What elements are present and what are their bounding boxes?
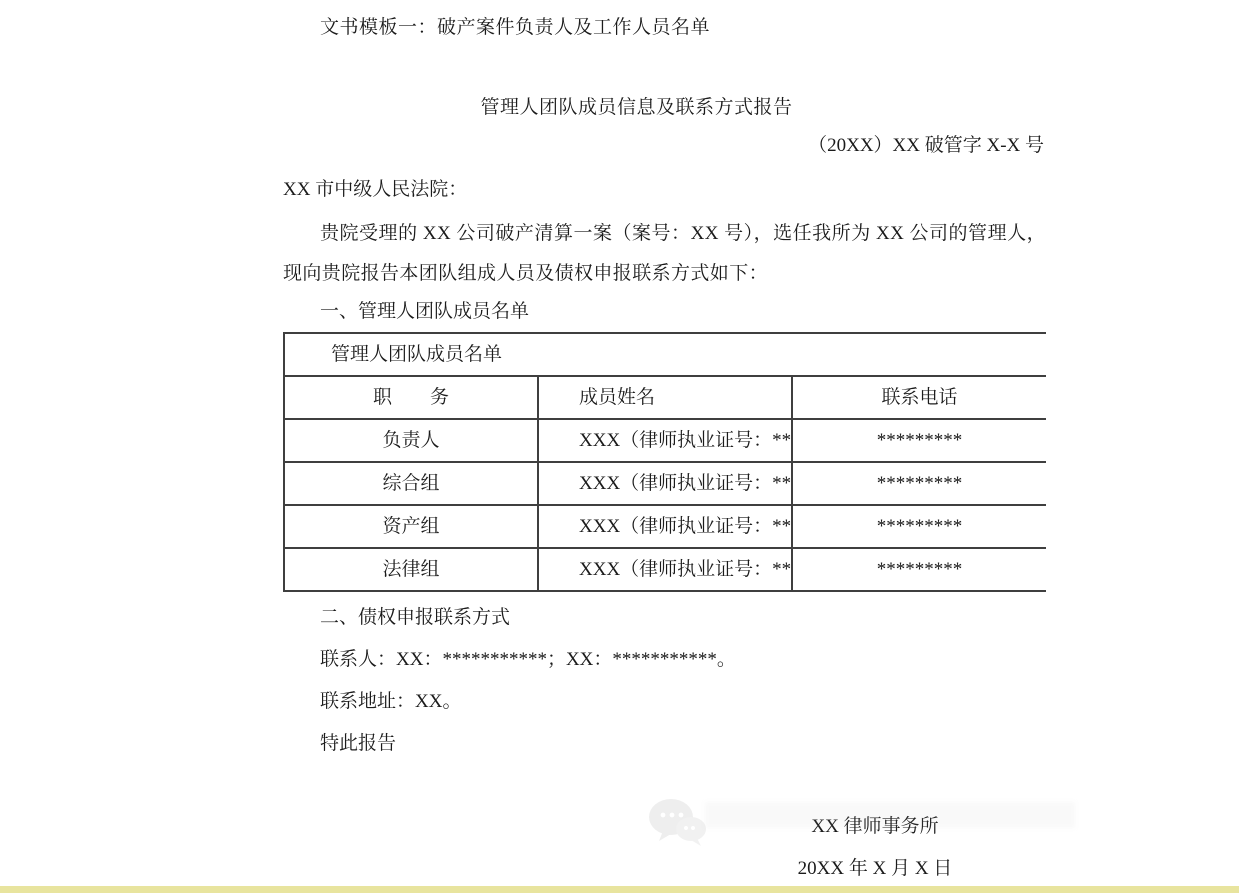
intro-paragraph: 贵院受理的 XX 公司破产清算一案（案号：XX 号），选任我所为 XX 公司的管… bbox=[283, 214, 1046, 294]
role-cell: 法律组 bbox=[284, 548, 538, 591]
role-cell: 负责人 bbox=[284, 419, 538, 462]
contact-address-line: 联系地址：XX。 bbox=[283, 690, 1046, 714]
section1-heading: 一、管理人团队成员名单 bbox=[283, 300, 1046, 324]
name-cell: XXX（律师执业证号：**************） bbox=[538, 462, 792, 505]
signature-date: 20XX 年 X 月 X 日 bbox=[775, 848, 975, 890]
table-row: 资产组 XXX（律师执业证号：**************） ********* bbox=[284, 505, 1046, 548]
table-row: 负责人 XXX（律师执业证号：**************） ********* bbox=[284, 419, 1046, 462]
bottom-border-strip bbox=[0, 886, 1239, 893]
role-cell: 资产组 bbox=[284, 505, 538, 548]
column-header-role: 职 务 bbox=[284, 376, 538, 419]
role-cell: 综合组 bbox=[284, 462, 538, 505]
court-salutation: XX 市中级人民法院： bbox=[283, 178, 1046, 202]
closing-line: 特此报告 bbox=[283, 732, 1046, 756]
name-cell: XXX（律师执业证号：**************） bbox=[538, 505, 792, 548]
phone-cell: ********* bbox=[792, 462, 1046, 505]
table-row: 综合组 XXX（律师执业证号：**************） ********* bbox=[284, 462, 1046, 505]
phone-cell: ********* bbox=[792, 505, 1046, 548]
case-number: （20XX）XX 破管字 X-X 号 bbox=[283, 134, 1046, 158]
table-row: 法律组 XXX（律师执业证号：**************） ********* bbox=[284, 548, 1046, 591]
phone-cell: ********* bbox=[792, 419, 1046, 462]
document-title: 管理人团队成员信息及联系方式报告 bbox=[283, 96, 1046, 120]
table-header-row: 职 务 成员姓名 联系电话 bbox=[284, 376, 1046, 419]
template-label: 文书模板一：破产案件负责人及工作人员名单 bbox=[283, 16, 1046, 40]
signature-block: XX 律师事务所 20XX 年 X 月 X 日 bbox=[775, 806, 975, 890]
name-cell: XXX（律师执业证号：**************） bbox=[538, 548, 792, 591]
table-caption-row: 管理人团队成员名单 bbox=[284, 333, 1046, 376]
team-member-table: 管理人团队成员名单 职 务 成员姓名 联系电话 负责人 XXX（律师执业证号：*… bbox=[283, 332, 1046, 592]
section2-heading: 二、债权申报联系方式 bbox=[283, 606, 1046, 630]
document-page: 文书模板一：破产案件负责人及工作人员名单 管理人团队成员信息及联系方式报告 （2… bbox=[0, 0, 1239, 893]
column-header-name: 成员姓名 bbox=[538, 376, 792, 419]
document-body: 文书模板一：破产案件负责人及工作人员名单 管理人团队成员信息及联系方式报告 （2… bbox=[283, 0, 1046, 890]
name-cell: XXX（律师执业证号：**************） bbox=[538, 419, 792, 462]
phone-cell: ********* bbox=[792, 548, 1046, 591]
table-caption: 管理人团队成员名单 bbox=[284, 333, 1046, 376]
signature-firm: XX 律师事务所 bbox=[775, 806, 975, 848]
column-header-phone: 联系电话 bbox=[792, 376, 1046, 419]
contact-person-line: 联系人：XX：***********；XX：***********。 bbox=[283, 648, 1046, 672]
